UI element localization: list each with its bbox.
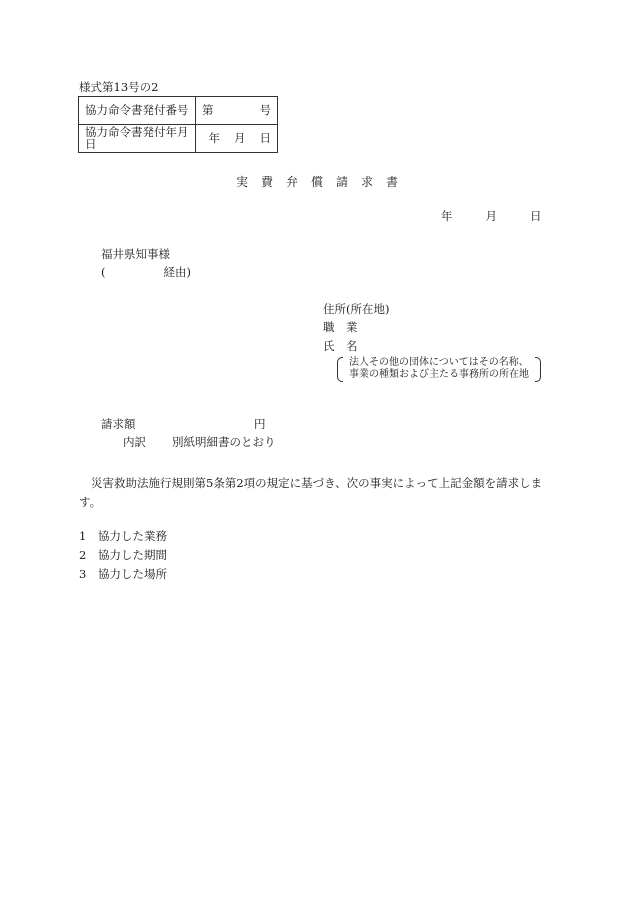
item-number: 1: [79, 531, 98, 543]
issue-date-day: 日: [260, 133, 272, 145]
item-label: 協力した場所: [98, 567, 167, 581]
date-month: 月: [486, 211, 498, 223]
address-label: 住所(所在地): [323, 304, 389, 316]
breakdown-value: 別紙明細書のとおり: [172, 437, 276, 449]
via-label: 経由): [164, 265, 192, 279]
request-date: 年 月 日: [441, 211, 542, 223]
addressee: 福井県知事様: [101, 249, 170, 261]
breakdown-label: 内訳: [123, 437, 146, 449]
list-item: 2協力した期間: [79, 550, 167, 562]
issue-number-suffix: 号: [260, 105, 272, 117]
note-line-1: 法人その他の団体についてはその名称、: [349, 357, 529, 369]
issue-info-table: 協力命令書発付番号 第 号 協力命令書発付年月日 年 月 日: [78, 96, 278, 153]
table-row: 協力命令書発付番号 第 号: [79, 97, 278, 125]
occupation-label: 職 業: [323, 322, 358, 334]
item-number: 2: [79, 550, 98, 562]
table-row: 協力命令書発付年月日 年 月 日: [79, 125, 278, 153]
body-paragraph: 災害救助法施行規則第5条第2項の規定に基づき、次の事実によって上記金額を請求しま…: [79, 474, 551, 512]
claim-amount-label: 請求額: [101, 419, 136, 431]
left-bracket: [337, 357, 343, 382]
document-title: 実費弁償請求書: [236, 176, 411, 188]
issue-date-field[interactable]: 年 月 日: [196, 125, 278, 153]
name-label: 氏 名: [323, 341, 358, 353]
note-text: 法人その他の団体についてはその名称、 事業の種類および主たる事務所の所在地: [349, 357, 529, 381]
via-open-paren: (: [101, 265, 106, 279]
issue-number-field[interactable]: 第 号: [196, 97, 278, 125]
issue-number-prefix: 第: [202, 105, 214, 117]
note-line-2: 事業の種類および主たる事務所の所在地: [349, 369, 529, 381]
applicant-note: 法人その他の団体についてはその名称、 事業の種類および主たる事務所の所在地: [337, 356, 541, 381]
issue-date-label: 協力命令書発付年月日: [79, 125, 196, 153]
item-label: 協力した期間: [98, 548, 167, 562]
issue-number-label: 協力命令書発付番号: [79, 97, 196, 125]
item-label: 協力した業務: [98, 529, 167, 543]
list-item: 3協力した場所: [79, 569, 167, 581]
list-item: 1協力した業務: [79, 531, 167, 543]
date-year: 年: [441, 211, 453, 223]
date-day: 日: [530, 211, 542, 223]
claim-currency: 円: [254, 419, 266, 431]
via-line: (経由): [101, 267, 191, 279]
issue-date-year: 年: [209, 133, 221, 145]
right-bracket: [535, 357, 541, 382]
item-number: 3: [79, 569, 98, 581]
form-number: 様式第13号の2: [79, 82, 158, 94]
issue-date-month: 月: [234, 133, 246, 145]
